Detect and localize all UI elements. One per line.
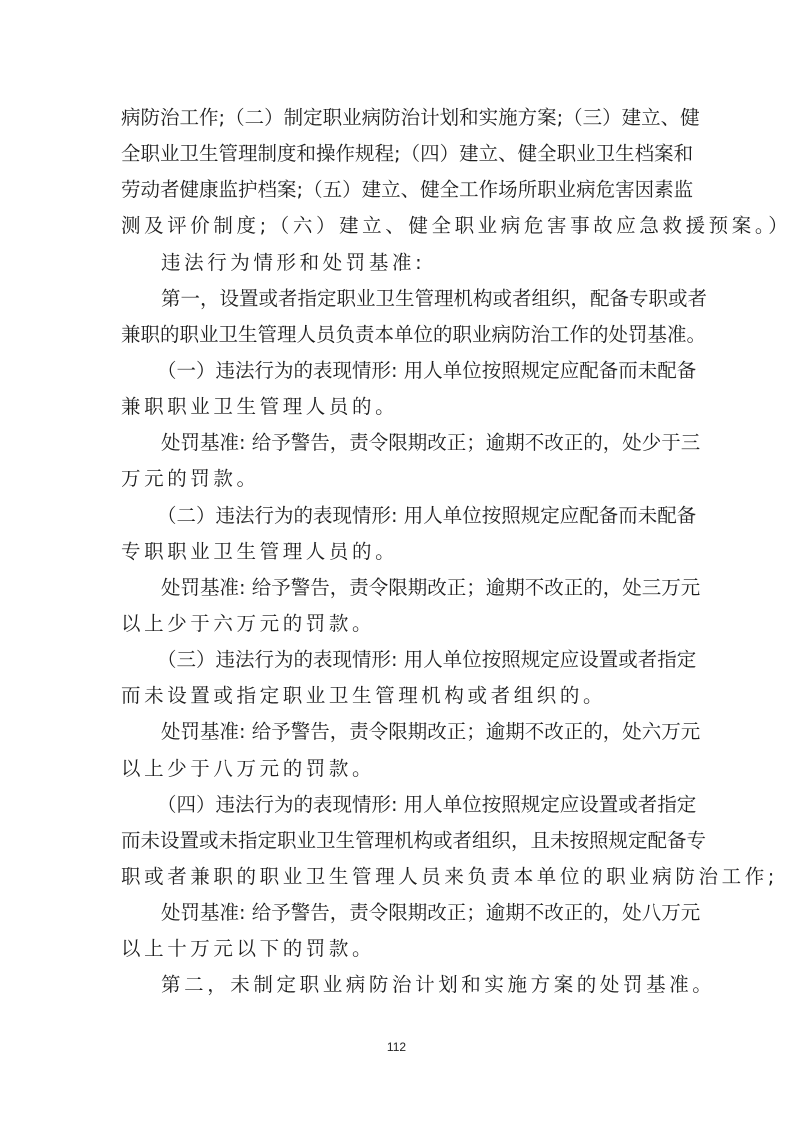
- clause-heading-first: 第一，设置或者指定职业卫生管理机构或者组织，配备专职或者: [121, 281, 672, 317]
- section-heading: 违法行为情形和处罚基准:: [121, 245, 672, 281]
- penalty-standard-2: 处罚基准: 给予警告，责令限期改正；逾期不改正的，处三万元: [121, 570, 672, 606]
- clause-heading-second: 第二，未制定职业病防治计划和实施方案的处罚基准。: [121, 967, 672, 1003]
- violation-item-4: （四）违法行为的表现情形: 用人单位按照规定应设置或者指定: [121, 787, 672, 823]
- text-line: 而未设置或指定职业卫生管理机构或者组织的。: [121, 678, 672, 714]
- text-line: 职或者兼职的职业卫生管理人员来负责本单位的职业病防治工作;: [121, 859, 672, 895]
- penalty-standard-3: 处罚基准: 给予警告，责令限期改正；逾期不改正的，处六万元: [121, 714, 672, 750]
- text-line: 劳动者健康监护档案;（五）建立、健全工作场所职业病危害因素监: [121, 172, 672, 208]
- penalty-standard-1: 处罚基准: 给予警告，责令限期改正；逾期不改正的，处少于三: [121, 425, 672, 461]
- text-line: 病防治工作;（二）制定职业病防治计划和实施方案;（三）建立、健: [121, 100, 672, 136]
- text-line: 以上十万元以下的罚款。: [121, 931, 672, 967]
- text-line: 以上少于八万元的罚款。: [121, 751, 672, 787]
- text-line: 兼职的职业卫生管理人员负责本单位的职业病防治工作的处罚基准。: [121, 317, 672, 353]
- document-page: 病防治工作;（二）制定职业病防治计划和实施方案;（三）建立、健 全职业卫生管理制…: [0, 0, 793, 1122]
- text-line: 万元的罚款。: [121, 461, 672, 497]
- page-number: 112: [0, 1040, 793, 1054]
- violation-item-1: （一）违法行为的表现情形: 用人单位按照规定应配备而未配备: [121, 353, 672, 389]
- violation-item-2: （二）违法行为的表现情形: 用人单位按照规定应配备而未配备: [121, 498, 672, 534]
- penalty-standard-4: 处罚基准: 给予警告，责令限期改正；逾期不改正的，处八万元: [121, 895, 672, 931]
- text-line: 以上少于六万元的罚款。: [121, 606, 672, 642]
- document-body: 病防治工作;（二）制定职业病防治计划和实施方案;（三）建立、健 全职业卫生管理制…: [121, 100, 672, 1004]
- text-line: 兼职职业卫生管理人员的。: [121, 389, 672, 425]
- text-line: 专职职业卫生管理人员的。: [121, 534, 672, 570]
- text-line: 测及评价制度;（六）建立、健全职业病危害事故应急救援预案。）: [121, 208, 672, 244]
- text-line: 全职业卫生管理制度和操作规程;（四）建立、健全职业卫生档案和: [121, 136, 672, 172]
- text-line: 而未设置或未指定职业卫生管理机构或者组织，且未按照规定配备专: [121, 823, 672, 859]
- violation-item-3: （三）违法行为的表现情形: 用人单位按照规定应设置或者指定: [121, 642, 672, 678]
